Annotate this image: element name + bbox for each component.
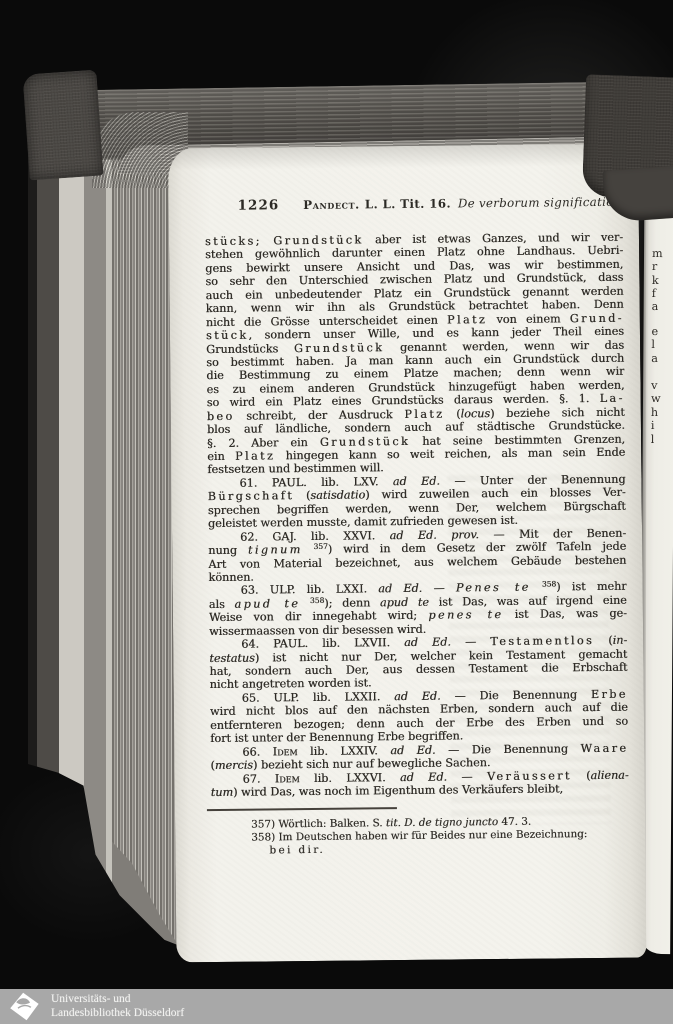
page-content: 1226Pandect.L. L. Tit. 16.De verborum si… [205,194,630,858]
facing-page-text-fragment: a [652,300,659,313]
paragraph: 67. Idem lib. LXXVI. ad Ed. — Veräussert… [211,768,629,799]
facing-page-text-fragment: a [651,352,658,365]
footnotes: 357) Wörtlich: Balken. S. tit. D. de tig… [211,815,629,858]
facing-page-text-fragment: r [652,260,657,273]
facing-page-text-fragment: w [651,392,661,405]
paragraph: 63. ULP. lib. LXXI. ad Ed. — Penes te 35… [209,580,628,638]
facing-page-text-fragment: l [651,433,655,446]
facing-page-text-fragment: v [651,379,657,392]
paragraph: 65. ULP. lib. LXXII. ad Ed. — Die Benenn… [210,688,629,746]
page-number: 1226 [238,197,280,213]
paragraph: stücks; Grundstück aber ist etwas Ganzes… [205,231,626,477]
footnote-separator [207,807,397,811]
book-photo: mrkfaelavwhil 1226Pandect.L. L. Tit. 16.… [0,0,673,1024]
watermark-line: Landesbibliothek Düsseldorf [51,1007,184,1021]
facing-page-text-fragment: k [652,274,659,287]
page-body-text: stücks; Grundstück aber ist etwas Ganzes… [205,231,629,800]
library-watermark: Universitäts- und Landesbibliothek Düsse… [0,989,673,1024]
page-header: 1226Pandect.L. L. Tit. 16.De verborum si… [205,194,623,213]
book-cover-corner-left [22,70,103,181]
paragraph: 64. PAUL. lib. LXVII. ad Ed. — Testament… [209,634,628,692]
library-logo-icon [6,991,42,1022]
facing-page-text-fragment: f [652,287,656,300]
facing-page-text-fragment: l [651,338,655,351]
watermark-text: Universitäts- und Landesbibliothek Düsse… [51,993,184,1020]
facing-page-text-fragment: i [651,419,655,432]
footnote: 358) Im Deutschen haben wir für Beides n… [211,828,629,858]
paragraph: 62. GAJ. lib. XXVI. ad Ed. prov. — Mit d… [208,526,627,584]
paragraph: 61. PAUL. lib. LXV. ad Ed. — Unter der B… [207,473,626,531]
facing-page-text-fragment: h [651,406,658,419]
facing-page-text-fragment: e [651,325,658,338]
running-title-section: L. L. Tit. 16. [365,197,451,212]
facing-page-text-fragment: m [652,247,663,260]
book-page: 1226Pandect.L. L. Tit. 16.De verborum si… [168,144,646,963]
watermark-line: Universitäts- und [51,993,184,1007]
running-title-work: Pandect. [303,197,360,212]
